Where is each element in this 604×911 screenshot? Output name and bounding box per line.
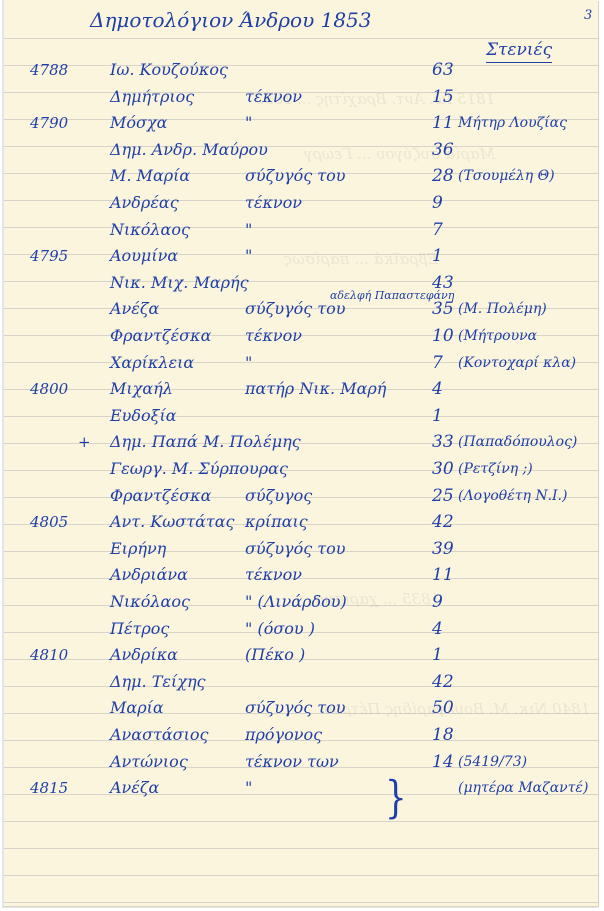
entry-index: 4815 xyxy=(30,779,68,797)
entry-age: 1 xyxy=(432,246,443,266)
entry-name: Ιω. Κουζούκος xyxy=(110,60,228,79)
entry-index: 4805 xyxy=(30,513,68,531)
entry-name: Δημ. Τείχης xyxy=(110,672,205,691)
entry-name: Μιχαήλ xyxy=(110,379,173,398)
entry-age: 9 xyxy=(432,592,443,612)
entry-name: Αουμίνα xyxy=(110,246,178,265)
entry-note: (Κοντοχαρί κλα) xyxy=(458,355,576,371)
entry-age: 25 xyxy=(432,486,454,506)
entry-age: 4 xyxy=(432,379,443,399)
entry-age: 7 xyxy=(432,220,443,240)
entry-relation: πρόγονος xyxy=(245,725,322,744)
document-title: Δημοτολόγιον Άνδρου 1853 xyxy=(90,8,372,32)
entry-name: Ειρήνη xyxy=(110,539,166,558)
entry-name: Δημήτριος xyxy=(110,87,194,106)
entry-age: 39 xyxy=(432,539,454,559)
entry-name: Μαρία xyxy=(110,698,164,717)
entry-name: Γεωργ. Μ. Σύρπουρας xyxy=(110,459,288,478)
entry-note: (Λογοθέτη Ν.Ι.) xyxy=(458,488,567,504)
entry-name: Αναστάσιος xyxy=(110,725,208,744)
entry-age: 9 xyxy=(432,193,443,213)
entry-name: Πέτρος xyxy=(110,619,169,638)
entry-name: Ανέζα xyxy=(110,778,159,797)
entry-relation-annotation: αδελφή Παπαστεφάνη xyxy=(330,289,454,302)
entry-relation: " xyxy=(245,778,252,797)
entry-age: 11 xyxy=(432,113,454,133)
entry-relation: σύζυγος xyxy=(245,486,312,505)
register-row: Δημ. Ανδρ. Μαύρου36 xyxy=(0,138,604,164)
register-row: Ανέζασύζυγός του35(Μ. Πολέμη)αδελφή Παπα… xyxy=(0,297,604,323)
entry-relation: " xyxy=(245,113,252,132)
entry-age: 36 xyxy=(432,140,454,160)
entry-note: (Μ. Πολέμη) xyxy=(458,301,547,317)
entry-note: (Ρετζίνη ;) xyxy=(458,461,533,477)
entry-relation: πατήρ Νικ. Μαρή xyxy=(245,379,386,398)
register-row: Δημ. Τείχης42 xyxy=(0,670,604,696)
entry-age: 1 xyxy=(432,406,443,426)
entry-age: 35 xyxy=(432,299,454,319)
entry-note: (Τσουμέλη Θ) xyxy=(458,168,555,184)
entry-age: 18 xyxy=(432,725,454,745)
entry-name: Ανδρίκα xyxy=(110,645,178,664)
entry-age: 7 xyxy=(432,353,443,373)
entry-index: 4788 xyxy=(30,61,68,79)
entry-name: Φραντζέσκα xyxy=(110,326,211,345)
register-row: Ανδριάνατέκνον11 xyxy=(0,563,604,589)
register-row: Πέτρος" (όσου )4 xyxy=(0,617,604,643)
entry-age: 50 xyxy=(432,698,454,718)
register-row: Ειρήνησύζυγός του39 xyxy=(0,537,604,563)
register-row: 4815Ανέζα"(μητέρα Μαζαντέ) xyxy=(0,776,604,802)
entry-relation: σύζυγός του xyxy=(245,166,346,185)
entry-age: 14 xyxy=(432,752,454,772)
entry-note: (μητέρα Μαζαντέ) xyxy=(458,780,588,796)
entry-relation: τέκνον xyxy=(245,193,302,212)
entry-age: 42 xyxy=(432,672,454,692)
entry-relation: τέκνον xyxy=(245,326,302,345)
register-row: Νικ. Μιχ. Μαρής43 xyxy=(0,271,604,297)
entry-age: 30 xyxy=(432,459,454,479)
register-row: Γεωργ. Μ. Σύρπουρας30(Ρετζίνη ;) xyxy=(0,457,604,483)
entry-age: 33 xyxy=(432,432,454,452)
entry-index: 4800 xyxy=(30,380,68,398)
entry-name: Αντ. Κωστάτας xyxy=(110,512,235,531)
entry-age: 42 xyxy=(432,512,454,532)
entry-note: (5419/73) xyxy=(458,754,527,770)
register-row: Νικόλαος"7 xyxy=(0,218,604,244)
entry-index: + xyxy=(78,433,91,451)
entry-name: Νικόλαος xyxy=(110,592,190,611)
register-row: Ανδρέαςτέκνον9 xyxy=(0,191,604,217)
entry-age: 10 xyxy=(432,326,454,346)
entry-name: Ανδριάνα xyxy=(110,565,188,584)
entry-name: Ανέζα xyxy=(110,299,159,318)
page-number: 3 xyxy=(584,8,592,23)
entry-relation: κρίπαις xyxy=(245,512,308,531)
register-row: Χαρίκλεια"7(Κοντοχαρί κλα) xyxy=(0,351,604,377)
register-row: 4795Αουμίνα"1 xyxy=(0,244,604,270)
entry-relation: " xyxy=(245,220,252,239)
register-row: 4800Μιχαήλπατήρ Νικ. Μαρή4 xyxy=(0,377,604,403)
entry-name: Αντώνιος xyxy=(110,752,188,771)
entry-name: Δημ. Παπά Μ. Πολέμης xyxy=(110,432,301,451)
entry-relation: " xyxy=(245,246,252,265)
register-row: Δημήτριοςτέκνον15 xyxy=(0,85,604,111)
register-row: Μ. Μαρίασύζυγός του28(Τσουμέλη Θ) xyxy=(0,164,604,190)
entry-age: 63 xyxy=(432,60,454,80)
entry-relation: (Πέκο ) xyxy=(245,645,305,664)
entry-name: Νικόλαος xyxy=(110,220,190,239)
entry-relation: τέκνον xyxy=(245,565,302,584)
register-row: 4805Αντ. Κωστάταςκρίπαις42 xyxy=(0,510,604,536)
register-row: 4788Ιω. Κουζούκος63 xyxy=(0,58,604,84)
entry-relation: σύζυγός του xyxy=(245,698,346,717)
register-row: Ευδοξία1 xyxy=(0,404,604,430)
entry-name: Χαρίκλεια xyxy=(110,353,194,372)
register-row: Νικόλαος" (Λινάρδου)9 xyxy=(0,590,604,616)
entry-name: Μόσχα xyxy=(110,113,167,132)
entry-age: 1 xyxy=(432,645,443,665)
entry-name: Μ. Μαρία xyxy=(110,166,190,185)
entry-name: Ευδοξία xyxy=(110,406,177,425)
entry-relation: τέκνον xyxy=(245,87,302,106)
entry-note: Μήτηρ Λουζίας xyxy=(458,115,567,131)
entry-age: 28 xyxy=(432,166,454,186)
register-row: Φραντζέσκατέκνον10(Μήτρουνα xyxy=(0,324,604,350)
register-row: +Δημ. Παπά Μ. Πολέμης33(Παπαδόπουλος) xyxy=(0,430,604,456)
entry-note: (Παπαδόπουλος) xyxy=(458,434,577,450)
entry-name: Δημ. Ανδρ. Μαύρου xyxy=(110,140,268,159)
entry-note: (Μήτρουνα xyxy=(458,328,537,344)
entry-index: 4810 xyxy=(30,646,68,664)
register-row: Μαρίασύζυγός του50 xyxy=(0,696,604,722)
entry-index: 4790 xyxy=(30,114,68,132)
brace-mark: } xyxy=(385,772,407,824)
entry-age: 4 xyxy=(432,619,443,639)
entry-name: Νικ. Μιχ. Μαρής xyxy=(110,273,249,292)
register-row: 4810Ανδρίκα(Πέκο )1 xyxy=(0,643,604,669)
register-row: Αντώνιοςτέκνον των14(5419/73) xyxy=(0,750,604,776)
register-row: 4790Μόσχα"11Μήτηρ Λουζίας xyxy=(0,111,604,137)
entry-name: Φραντζέσκα xyxy=(110,486,211,505)
entry-age: 15 xyxy=(432,87,454,107)
entry-relation: τέκνον των xyxy=(245,752,339,771)
entry-name: Ανδρέας xyxy=(110,193,179,212)
register-row: Φραντζέσκασύζυγος25(Λογοθέτη Ν.Ι.) xyxy=(0,484,604,510)
entry-index: 4795 xyxy=(30,247,68,265)
entry-relation: " xyxy=(245,353,252,372)
entry-relation: " (Λινάρδου) xyxy=(245,592,347,611)
register-row: Αναστάσιοςπρόγονος18 xyxy=(0,723,604,749)
entry-relation: " (όσου ) xyxy=(245,619,315,638)
entry-relation: σύζυγός του xyxy=(245,539,346,558)
entry-age: 11 xyxy=(432,565,454,585)
